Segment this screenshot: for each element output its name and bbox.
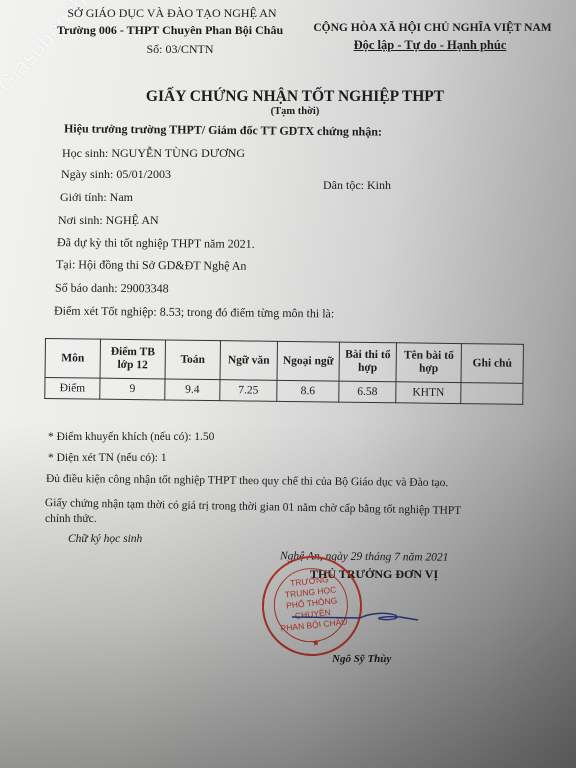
table-row: Điểm 9 9.4 7.25 8.6 6.58 KHTN	[45, 378, 523, 405]
exam-year: Đã dự kỳ thi tốt nghiệp THPT năm 2021.	[57, 235, 255, 252]
document-subtitle: (Tạm thời)	[250, 106, 340, 117]
exam-venue: Tại: Hội đồng thi Sở GD&ĐT Nghệ An	[56, 257, 247, 274]
table-header-row: Môn Điểm TB lớp 12 Toán Ngữ văn Ngoại ng…	[45, 339, 523, 384]
ethnicity: Dân tộc: Kinh	[323, 178, 391, 193]
eligibility-statement: Đủ điều kiện công nhận tốt nghiệp THPT t…	[46, 473, 448, 489]
student-signature-label: Chữ ký học sinh	[68, 533, 142, 545]
signer-name: Ngô Sỹ Thùy	[332, 653, 391, 665]
table-header: Môn	[45, 339, 100, 379]
table-cell	[461, 383, 523, 405]
date-of-birth: Ngày sinh: 05/01/2003	[61, 167, 171, 182]
bonus-points: * Điểm khuyến khích (nếu có): 1.50	[48, 431, 214, 443]
table-header: Ghi chú	[461, 344, 523, 384]
country-name: CỘNG HÒA XÃ HỘI CHỦ NGHĨA VIỆT NAM	[300, 22, 565, 34]
table-header: Tên bài tổ hợp	[396, 343, 461, 383]
table-header: Bài thi tổ hợp	[339, 342, 396, 382]
table-cell: 7.25	[220, 380, 277, 402]
validity-statement-cont: chính thức.	[45, 513, 97, 525]
table-header: Điểm TB lớp 12	[100, 339, 165, 379]
stamp-text: TRƯỜNG TRUNG HỌC PHỔ THÔNG CHUYÊN PHAN B…	[261, 571, 362, 636]
table-header: Ngoại ngữ	[277, 341, 339, 381]
school-name: Trường 006 - THPT Chuyên Phan Bội Châu	[50, 23, 290, 38]
table-cell: 8.6	[277, 380, 339, 402]
table-cell: 6.58	[339, 381, 396, 403]
graduation-score: Điểm xét Tốt nghiệp: 8.53; trong đó điểm…	[54, 304, 334, 322]
motto: Độc lập - Tự do - Hạnh phúc	[330, 38, 530, 53]
table-cell: 9.4	[165, 379, 220, 401]
birthplace: Nơi sinh: NGHỆ AN	[58, 213, 159, 228]
grades-table: Môn Điểm TB lớp 12 Toán Ngữ văn Ngoại ng…	[44, 338, 524, 405]
document-title: GIẤY CHỨNG NHẬN TỐT NGHIỆP THPT	[100, 88, 490, 106]
signature-icon	[290, 611, 420, 625]
table-header: Toán	[165, 340, 220, 380]
table-header: Ngữ văn	[220, 341, 277, 381]
validity-statement: Giấy chứng nhận tạm thời có giá trị tron…	[45, 497, 462, 517]
certifier-line: Hiệu trưởng trường THPT/ Giám đốc TT GDT…	[64, 121, 382, 139]
document-number: Số: 03/CNTN	[120, 42, 240, 57]
student-name: Học sinh: NGUYỄN TÙNG DƯƠNG	[62, 146, 245, 161]
department-name: SỞ GIÁO DỤC VÀ ĐÀO TẠO NGHỆ AN	[62, 6, 282, 21]
table-cell: KHTN	[396, 382, 461, 404]
graduation-category: * Diện xét TN (nếu có): 1	[48, 452, 167, 464]
candidate-number: Số báo danh: 29003348	[55, 281, 169, 297]
table-cell: Điểm	[45, 378, 100, 400]
table-cell: 9	[100, 378, 165, 400]
gender: Giới tính: Nam	[60, 190, 133, 205]
